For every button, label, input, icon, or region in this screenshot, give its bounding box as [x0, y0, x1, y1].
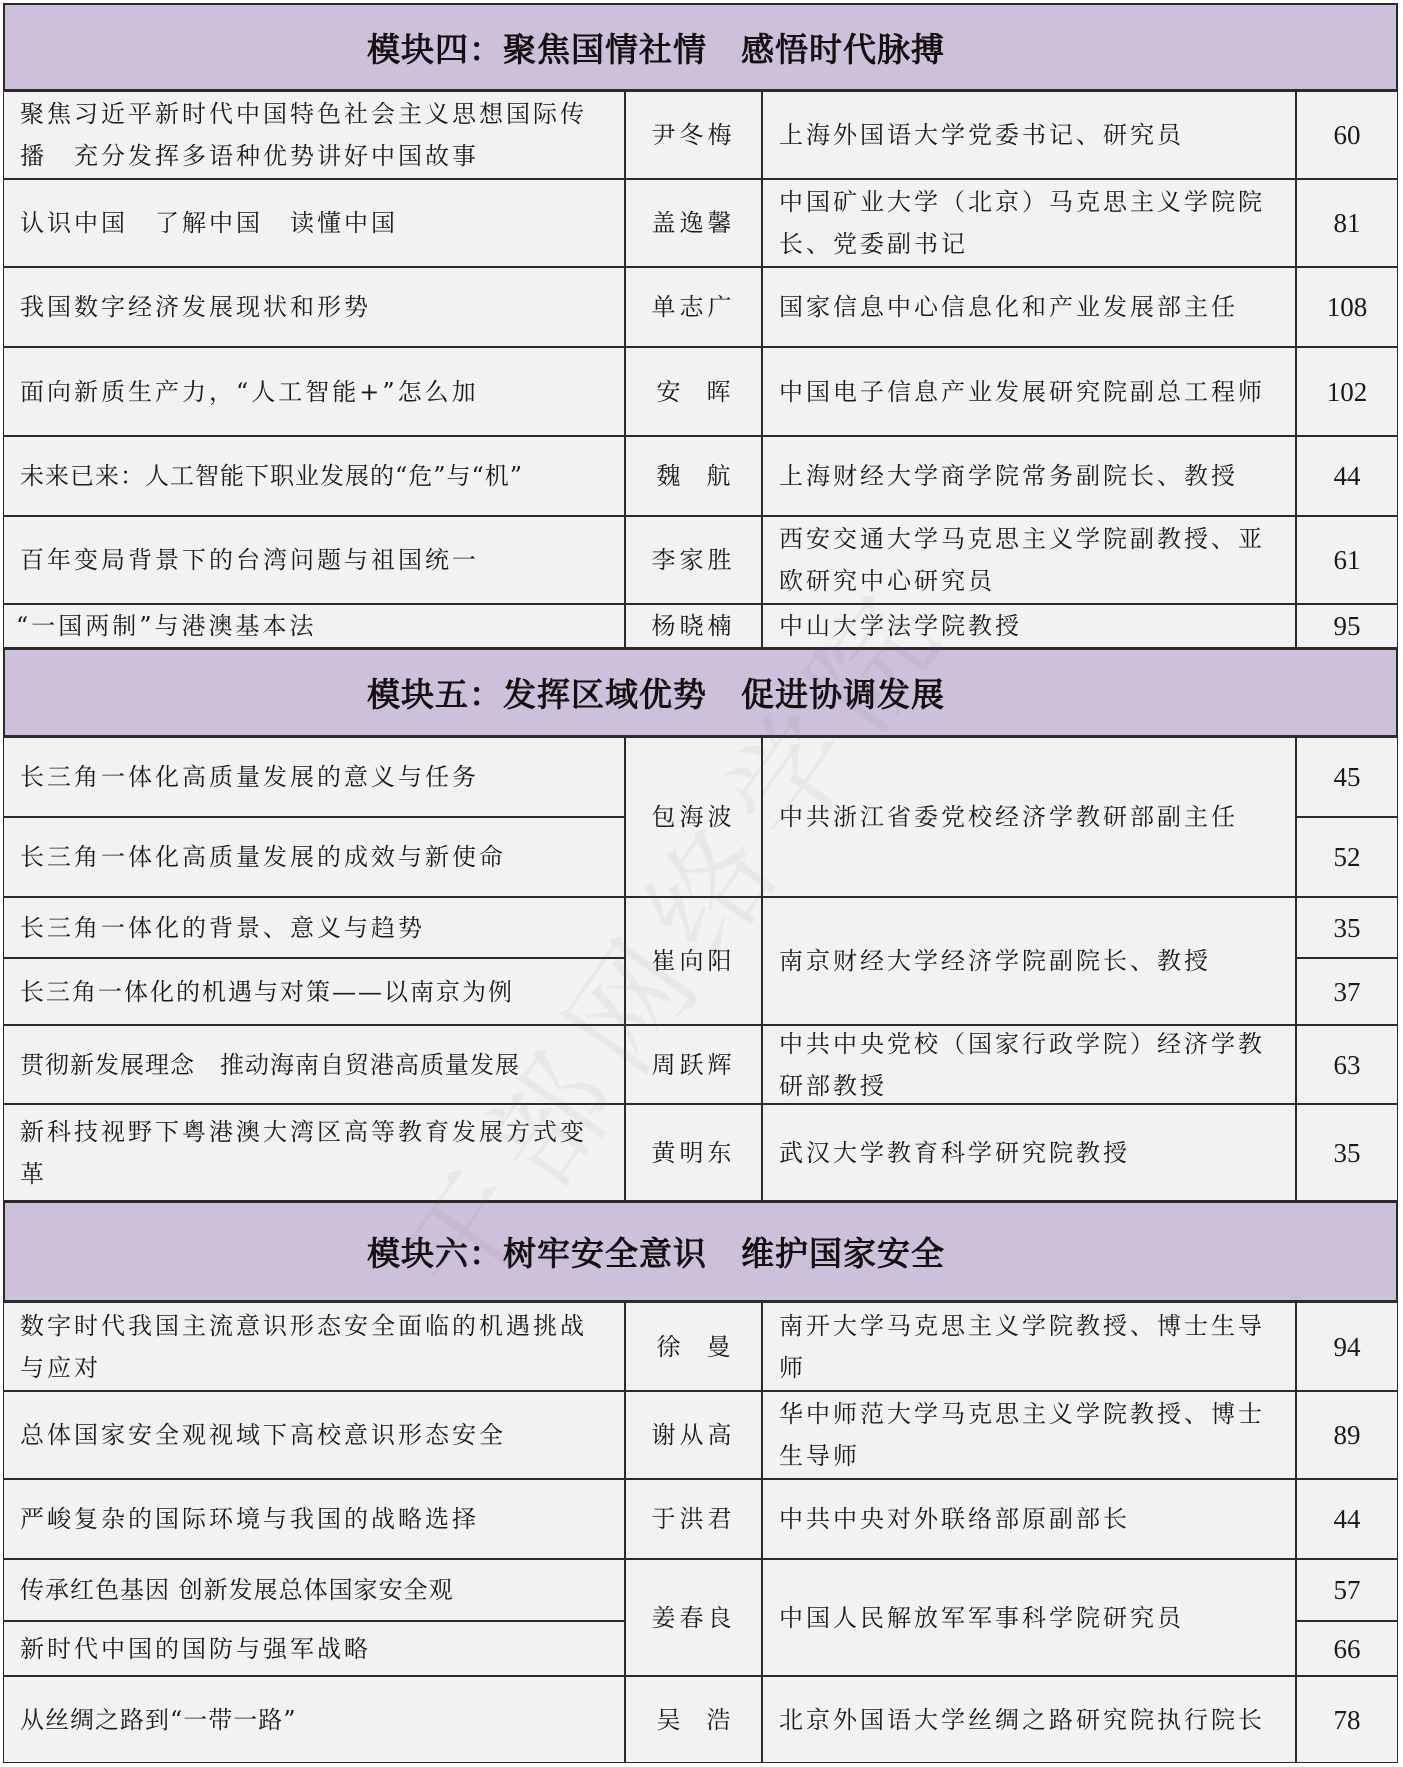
speaker-title-cell: 中国矿业大学（北京）马克思主义学院院长、党委副书记 — [762, 179, 1296, 267]
module-title: 模块六：树牢安全意识 维护国家安全 — [367, 1228, 945, 1275]
speaker-cell: 盖逸馨 — [625, 179, 762, 267]
speaker-title-cell: 中共中央对外联络部原副部长 — [762, 1479, 1296, 1559]
topic-cell: 长三角一体化高质量发展的成效与新使命 — [3, 817, 625, 897]
speaker-cell: 谢从高 — [625, 1391, 762, 1479]
topic-cell: 长三角一体化的背景、意义与趋势 — [3, 897, 625, 958]
count-cell: 89 — [1296, 1391, 1398, 1479]
topic-cell: 我国数字经济发展现状和形势 — [3, 267, 625, 347]
speaker-cell: 姜春良 — [625, 1559, 762, 1676]
speaker-title-cell: 中国人民解放军军事科学院研究员 — [762, 1559, 1296, 1676]
count-cell: 45 — [1296, 737, 1398, 817]
count-cell: 63 — [1296, 1025, 1398, 1104]
count-cell: 102 — [1296, 347, 1398, 436]
count-cell: 35 — [1296, 1104, 1398, 1201]
module-title: 模块四：聚焦国情社情 感悟时代脉搏 — [367, 24, 945, 71]
count-cell: 44 — [1296, 436, 1398, 516]
speaker-cell: 吴浩 — [625, 1676, 762, 1763]
topic-cell: 面向新质生产力，“人工智能+”怎么加 — [3, 347, 625, 436]
topic-cell: 总体国家安全观视域下高校意识形态安全 — [3, 1391, 625, 1479]
topic-cell: 长三角一体化的机遇与对策——以南京为例 — [3, 958, 625, 1025]
speaker-title-cell: 上海外国语大学党委书记、研究员 — [762, 91, 1296, 179]
speaker-cell: 崔向阳 — [625, 897, 762, 1025]
count-cell: 95 — [1296, 604, 1398, 648]
count-cell: 94 — [1296, 1302, 1398, 1391]
topic-cell: 百年变局背景下的台湾问题与祖国统一 — [3, 516, 625, 604]
speaker-cell: 李家胜 — [625, 516, 762, 604]
count-cell: 108 — [1296, 267, 1398, 347]
speaker-title-cell: 中共浙江省委党校经济学教研部副主任 — [762, 737, 1296, 897]
speaker-title-cell: 南京财经大学经济学院副院长、教授 — [762, 897, 1296, 1025]
speaker-title-cell: 武汉大学教育科学研究院教授 — [762, 1104, 1296, 1201]
topic-cell: 认识中国 了解中国 读懂中国 — [3, 179, 625, 267]
count-cell: 52 — [1296, 817, 1398, 897]
count-cell: 37 — [1296, 958, 1398, 1025]
speaker-cell: 黄明东 — [625, 1104, 762, 1201]
topic-cell: 从丝绸之路到“一带一路” — [3, 1676, 625, 1763]
speaker-title-cell: 中国电子信息产业发展研究院副总工程师 — [762, 347, 1296, 436]
speaker-cell: 魏航 — [625, 436, 762, 516]
speaker-title-cell: 国家信息中心信息化和产业发展部主任 — [762, 267, 1296, 347]
topic-cell: 新科技视野下粤港澳大湾区高等教育发展方式变革 — [3, 1104, 625, 1201]
module-6-header: 模块六：树牢安全意识 维护国家安全 — [3, 1201, 1398, 1302]
count-cell: 44 — [1296, 1479, 1398, 1559]
topic-cell: 传承红色基因 创新发展总体国家安全观 — [3, 1559, 625, 1621]
topic-cell: 贯彻新发展理念 推动海南自贸港高质量发展 — [3, 1025, 625, 1104]
speaker-title-cell: 北京外国语大学丝绸之路研究院执行院长 — [762, 1676, 1296, 1763]
count-cell: 57 — [1296, 1559, 1398, 1621]
course-table: 模块四：聚焦国情社情 感悟时代脉搏 聚焦习近平新时代中国特色社会主义思想国际传播… — [3, 3, 1398, 1763]
module-5-header: 模块五：发挥区域优势 促进协调发展 — [3, 648, 1398, 737]
count-cell: 66 — [1296, 1621, 1398, 1676]
speaker-cell: 周跃辉 — [625, 1025, 762, 1104]
speaker-cell: 包海波 — [625, 737, 762, 897]
topic-cell: 长三角一体化高质量发展的意义与任务 — [3, 737, 625, 817]
speaker-cell: 单志广 — [625, 267, 762, 347]
speaker-title-cell: 中共中央党校（国家行政学院）经济学教研部教授 — [762, 1025, 1296, 1104]
count-cell: 81 — [1296, 179, 1398, 267]
speaker-title-cell: 上海财经大学商学院常务副院长、教授 — [762, 436, 1296, 516]
count-cell: 60 — [1296, 91, 1398, 179]
count-cell: 35 — [1296, 897, 1398, 958]
topic-cell: 严峻复杂的国际环境与我国的战略选择 — [3, 1479, 625, 1559]
speaker-title-cell: 中山大学法学院教授 — [762, 604, 1296, 648]
speaker-cell: 尹冬梅 — [625, 91, 762, 179]
speaker-title-cell: 西安交通大学马克思主义学院副教授、亚欧研究中心研究员 — [762, 516, 1296, 604]
topic-cell: 未来已来：人工智能下职业发展的“危”与“机” — [3, 436, 625, 516]
speaker-cell: 于洪君 — [625, 1479, 762, 1559]
topic-cell: “一国两制”与港澳基本法 — [3, 604, 625, 648]
count-cell: 78 — [1296, 1676, 1398, 1763]
topic-cell: 数字时代我国主流意识形态安全面临的机遇挑战与应对 — [3, 1302, 625, 1391]
topic-cell: 聚焦习近平新时代中国特色社会主义思想国际传播 充分发挥多语种优势讲好中国故事 — [3, 91, 625, 179]
topic-cell: 新时代中国的国防与强军战略 — [3, 1621, 625, 1676]
speaker-cell: 徐曼 — [625, 1302, 762, 1391]
count-cell: 61 — [1296, 516, 1398, 604]
speaker-cell: 杨晓楠 — [625, 604, 762, 648]
module-title: 模块五：发挥区域优势 促进协调发展 — [367, 669, 945, 716]
speaker-cell: 安晖 — [625, 347, 762, 436]
speaker-title-cell: 南开大学马克思主义学院教授、博士生导师 — [762, 1302, 1296, 1391]
speaker-title-cell: 华中师范大学马克思主义学院教授、博士生导师 — [762, 1391, 1296, 1479]
module-4-header: 模块四：聚焦国情社情 感悟时代脉搏 — [3, 3, 1398, 91]
